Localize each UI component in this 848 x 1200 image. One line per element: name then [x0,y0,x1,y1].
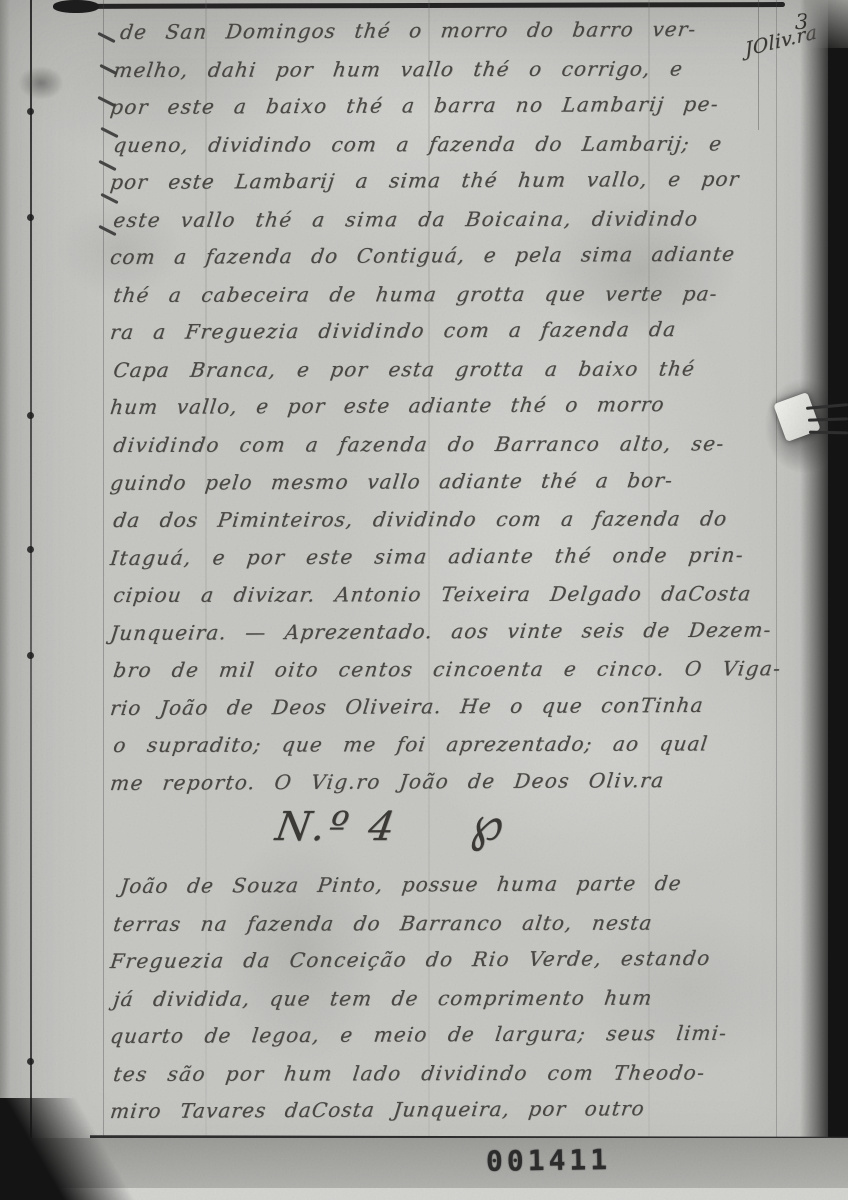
page-corner-highlight [806,0,848,48]
heading-flourish-glyph: ℘ [469,795,505,853]
manuscript-line: João de Souza Pinto, possue huma parte d… [108,864,813,905]
binding-stitch-line [30,0,32,1140]
stitch-knot [27,108,34,115]
page-top-edge [55,2,785,9]
archival-stamp-number: 001411 [486,1143,612,1178]
manuscript-paragraph-2: João de Souza Pinto, possue huma parte d… [108,868,808,1131]
manuscript-line: já dividida, que tem de comprimento hum [111,979,813,1018]
stitch-knot [27,214,34,221]
photo-left-edge [0,0,10,1200]
manuscript-line: melho, dahi por hum vallo thé o corrigo,… [111,50,813,89]
stitch-knot [27,652,34,659]
left-margin-line [103,0,104,1140]
bottom-left-shadow [0,1098,140,1200]
book-fore-edge [828,0,848,1150]
manuscript-line: da dos Piminteiros, dividindo com a faze… [111,500,813,539]
manuscript-line: Freguezia da Conceição do Rio Verde, est… [108,939,813,980]
stitch-knot [27,412,34,419]
manuscript-paragraph-1: de San Domingos thé o morro do barro ver… [108,14,808,802]
manuscript-line: este vallo thé a sima da Boicaina, divid… [111,200,813,239]
manuscript-line: ra a Freguezia dividindo com a fazenda d… [108,311,813,352]
manuscript-line: queno, dividindo com a fazenda do Lambar… [111,125,813,164]
manuscript-line: guindo pelo mesmo vallo adiante thé a bo… [108,461,813,502]
entry-number-heading: N.º 4 [272,804,401,850]
manuscript-line: Itaguá, e por este sima adiante thé onde… [108,536,813,577]
manuscript-line: terras na fazenda do Barranco alto, nest… [111,904,813,943]
manuscript-line: dividindo com a fazenda do Barranco alto… [111,425,813,464]
manuscript-line: de San Domingos thé o morro do barro ver… [108,10,813,51]
manuscript-line: hum vallo, e por este adiante thé o morr… [108,386,813,427]
scanned-manuscript-page: 3 JOliv.ra de San Domingos thé o morro d… [0,0,848,1200]
manuscript-line: quarto de legoa, e meio de largura; seus… [108,1015,813,1056]
stitch-knot [27,546,34,553]
manuscript-line: cipiou a divizar. Antonio Teixeira Delga… [111,575,813,614]
manuscript-line: por este a baixo thé a barra no Lambarij… [108,85,813,126]
manuscript-line: com a fazenda do Contiguá, e pela sima a… [108,236,813,277]
manuscript-line: tes são por hum lado dividindo com Theod… [111,1054,813,1093]
manuscript-line: Capa Branca, e por esta grotta a baixo t… [111,350,813,389]
manuscript-line: Junqueira. — Aprezentado. aos vinte seis… [108,611,813,652]
manuscript-line: miro Tavares daCosta Junqueira, por outr… [108,1090,813,1131]
binding-remnant [53,0,99,13]
manuscript-line: rio João de Deos Oliveira. He o que conT… [108,686,813,727]
stitch-knot [27,1058,34,1065]
manuscript-line: me reporto. O Vig.ro João de Deos Oliv.r… [108,761,813,802]
manuscript-line: o supradito; que me foi aprezentado; ao … [111,726,813,765]
manuscript-line: bro de mil oito centos cincoenta e cinco… [111,650,813,689]
manuscript-line: por este Lambarij a sima thé hum vallo, … [108,161,813,202]
manuscript-line: thé a cabeceira de huma grotta que verte… [111,275,813,314]
binding-smudge [18,66,64,100]
